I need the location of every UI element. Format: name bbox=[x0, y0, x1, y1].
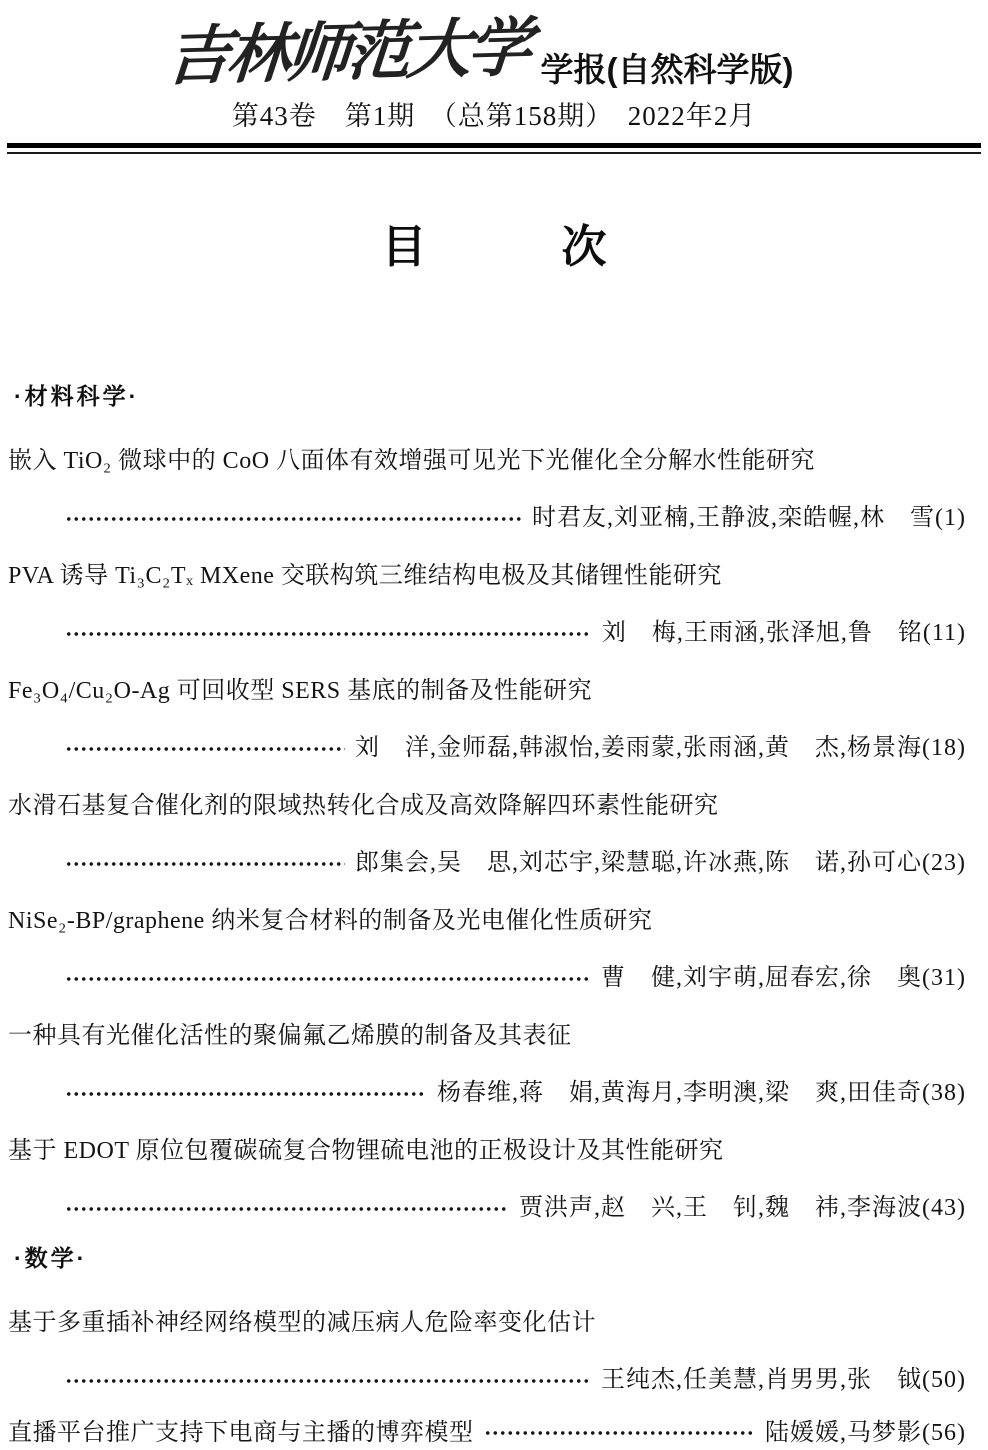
article-authors: 时君友,刘亚楠,王静波,栾皓幄,林 雪 bbox=[532, 490, 935, 547]
article-title: 一种具有光催化活性的聚偏氟乙烯膜的制备及其表征 bbox=[8, 1008, 966, 1065]
article-title: 水滑石基复合催化剂的限域热转化合成及高效降解四环素性能研究 bbox=[8, 778, 966, 835]
toc-entry: 基于多重插补神经网络模型的减压病人危险率变化估计 王纯杰,任美慧,肖男男,张 钺… bbox=[8, 1295, 966, 1409]
article-title: 直播平台推广支持下电商与主播的博弈模型 bbox=[8, 1410, 474, 1450]
leader-row: 郎集会,吴 思,刘芯宇,梁慧聪,许冰燕,陈 诺,孙可心 (23) bbox=[8, 835, 966, 892]
toc-sections: ·材料科学· 嵌入 TiO₂ 微球中的 CoO 八面体有效增强可见光下光催化全分… bbox=[8, 381, 966, 1450]
article-title: 基于 EDOT 原位包覆碳硫复合物锂硫电池的正极设计及其性能研究 bbox=[8, 1123, 966, 1180]
article-authors: 刘 洋,金师磊,韩淑怡,姜雨蒙,张雨涵,黄 杰,杨景海 bbox=[355, 720, 922, 777]
article-authors: 贾洪声,赵 兴,王 钊,魏 祎,李海波 bbox=[519, 1180, 922, 1237]
toc-entry: Fe₃O₄/Cu₂O-Ag 可回收型 SERS 基底的制备及性能研究 刘 洋,金… bbox=[8, 663, 966, 777]
article-page-number: (38) bbox=[922, 1065, 966, 1122]
issue-info-line: 第43卷 第1期 （总第158期） 2022年2月 bbox=[0, 98, 988, 134]
dot-leader bbox=[65, 1088, 427, 1100]
leader-row: 刘 梅,王雨涵,张泽旭,鲁 铭 (11) bbox=[8, 605, 966, 662]
journal-masthead: 吉林师范大学 学报(自然科学版) bbox=[0, 0, 974, 96]
section-heading: ·数学· bbox=[14, 1243, 966, 1273]
dot-leader bbox=[65, 858, 345, 870]
rule-thin bbox=[7, 152, 981, 154]
article-page-number: (11) bbox=[923, 605, 966, 662]
leader-row: 贾洪声,赵 兴,王 钊,魏 祎,李海波 (43) bbox=[8, 1180, 966, 1237]
toc-entry: PVA 诱导 Ti₃C₂Tₓ MXene 交联构筑三维结构电极及其储锂性能研究 … bbox=[8, 548, 966, 662]
university-calligraphy-logo: 吉林师范大学 bbox=[163, 5, 531, 100]
article-page-number: (31) bbox=[922, 950, 966, 1007]
dot-leader bbox=[65, 1203, 509, 1215]
leader-row: 时君友,刘亚楠,王静波,栾皓幄,林 雪 (1) bbox=[8, 490, 966, 547]
article-title: PVA 诱导 Ti₃C₂Tₓ MXene 交联构筑三维结构电极及其储锂性能研究 bbox=[8, 548, 966, 605]
article-authors: 陆媛媛,马梦影 bbox=[765, 1410, 922, 1450]
journal-subtitle: 学报(自然科学版) bbox=[527, 50, 794, 96]
article-page-number: (50) bbox=[922, 1352, 966, 1409]
article-authors: 王纯杰,任美慧,肖男男,张 钺 bbox=[601, 1352, 922, 1409]
dot-leader bbox=[65, 1375, 591, 1387]
header-double-rule bbox=[0, 143, 988, 154]
article-authors: 郎集会,吴 思,刘芯宇,梁慧聪,许冰燕,陈 诺,孙可心 bbox=[355, 835, 922, 892]
article-page-number: (23) bbox=[922, 835, 966, 892]
article-authors: 刘 梅,王雨涵,张泽旭,鲁 铭 bbox=[602, 605, 923, 662]
leader-row: 曹 健,刘宇萌,屈春宏,徐 奥 (31) bbox=[8, 950, 966, 1007]
dot-leader bbox=[65, 743, 345, 755]
toc-entry: 基于 EDOT 原位包覆碳硫复合物锂硫电池的正极设计及其性能研究 贾洪声,赵 兴… bbox=[8, 1123, 966, 1237]
article-title: 嵌入 TiO₂ 微球中的 CoO 八面体有效增强可见光下光催化全分解水性能研究 bbox=[8, 433, 966, 490]
article-page-number: (18) bbox=[922, 720, 966, 777]
leader-row: 杨春维,蒋 娟,黄海月,李明澳,梁 爽,田佳奇 (38) bbox=[8, 1065, 966, 1122]
leader-row: 刘 洋,金师磊,韩淑怡,姜雨蒙,张雨涵,黄 杰,杨景海 (18) bbox=[8, 720, 966, 777]
dot-leader bbox=[65, 973, 591, 985]
section-heading: ·材料科学· bbox=[14, 381, 966, 411]
dot-leader bbox=[65, 628, 592, 640]
toc-section: ·数学· 基于多重插补神经网络模型的减压病人危险率变化估计 王纯杰,任美慧,肖男… bbox=[8, 1243, 966, 1450]
article-page-number: (56) bbox=[922, 1410, 966, 1450]
article-title: Fe₃O₄/Cu₂O-Ag 可回收型 SERS 基底的制备及性能研究 bbox=[8, 663, 966, 720]
article-authors: 曹 健,刘宇萌,屈春宏,徐 奥 bbox=[601, 950, 922, 1007]
toc-entry: NiSe₂-BP/graphene 纳米复合材料的制备及光电催化性质研究 曹 健… bbox=[8, 893, 966, 1007]
section-articles: 基于多重插补神经网络模型的减压病人危险率变化估计 王纯杰,任美慧,肖男男,张 钺… bbox=[8, 1295, 966, 1450]
dot-leader bbox=[484, 1427, 756, 1439]
article-page-number: (43) bbox=[922, 1180, 966, 1237]
article-title: NiSe₂-BP/graphene 纳米复合材料的制备及光电催化性质研究 bbox=[8, 893, 966, 950]
toc-title: 目 次 bbox=[0, 223, 988, 271]
toc-entry: 水滑石基复合催化剂的限域热转化合成及高效降解四环素性能研究 郎集会,吴 思,刘芯… bbox=[8, 778, 966, 892]
article-title: 基于多重插补神经网络模型的减压病人危险率变化估计 bbox=[8, 1295, 966, 1352]
section-articles: 嵌入 TiO₂ 微球中的 CoO 八面体有效增强可见光下光催化全分解水性能研究 … bbox=[8, 433, 966, 1237]
leader-row: 王纯杰,任美慧,肖男男,张 钺 (50) bbox=[8, 1352, 966, 1409]
dot-leader bbox=[65, 513, 522, 525]
toc-entry: 直播平台推广支持下电商与主播的博弈模型 陆媛媛,马梦影 (56) bbox=[8, 1410, 966, 1450]
toc-entry: 嵌入 TiO₂ 微球中的 CoO 八面体有效增强可见光下光催化全分解水性能研究 … bbox=[8, 433, 966, 547]
article-page-number: (1) bbox=[935, 490, 966, 547]
toc-entry: 一种具有光催化活性的聚偏氟乙烯膜的制备及其表征 杨春维,蒋 娟,黄海月,李明澳,… bbox=[8, 1008, 966, 1122]
article-authors: 杨春维,蒋 娟,黄海月,李明澳,梁 爽,田佳奇 bbox=[437, 1065, 922, 1122]
leader-row: 直播平台推广支持下电商与主播的博弈模型 陆媛媛,马梦影 (56) bbox=[8, 1410, 966, 1450]
toc-section: ·材料科学· 嵌入 TiO₂ 微球中的 CoO 八面体有效增强可见光下光催化全分… bbox=[8, 381, 966, 1237]
rule-thick bbox=[7, 143, 981, 148]
